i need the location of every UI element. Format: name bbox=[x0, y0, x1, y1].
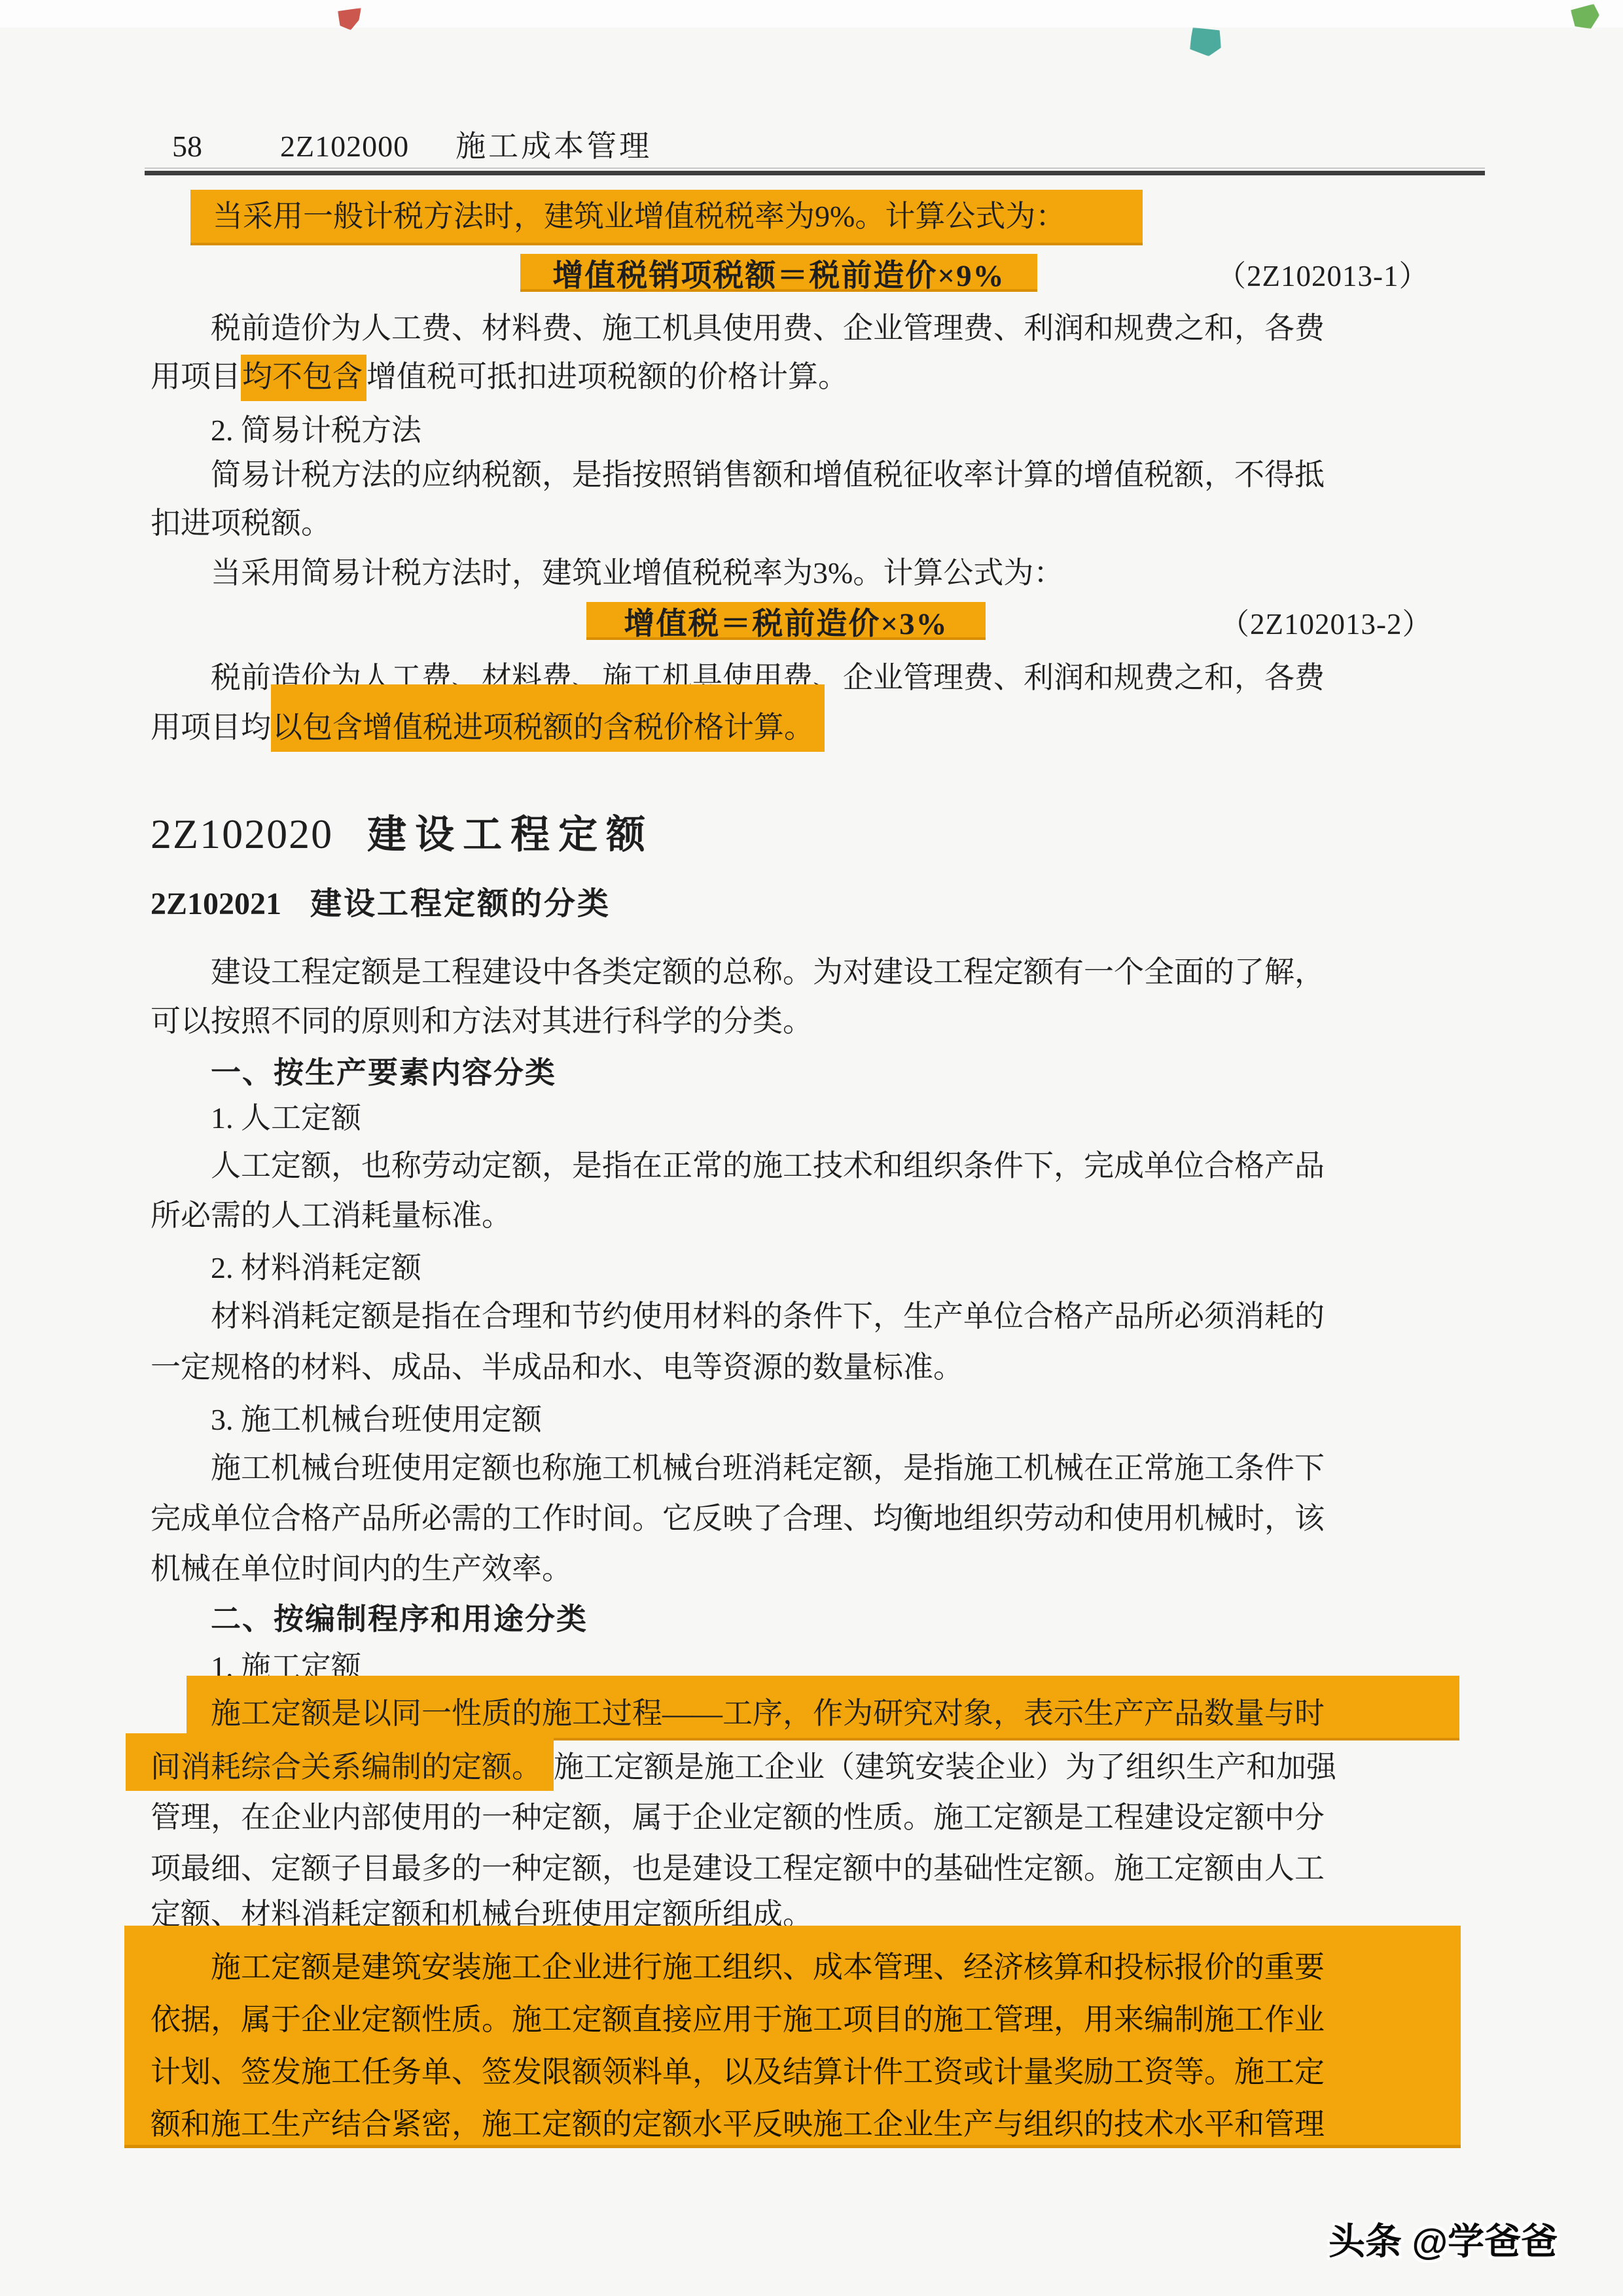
importance-block-line4: 额和施工生产结合紧密，施工定额的定额水平反映施工企业生产与组织的技术水平和管理 bbox=[151, 2108, 1325, 2142]
construction-quota-line2: 间消耗综合关系编制的定额。施工定额是施工企业（建筑安装企业）为了组织生产和加强 bbox=[151, 1750, 1336, 1785]
machine-line1: 施工机械台班使用定额也称施工机械台班消耗定额，是指施工机械在正常施工条件下 bbox=[211, 1451, 1325, 1486]
subsection-heading: 2Z102021建设工程定额的分类 bbox=[151, 886, 611, 922]
section-code: 2Z102020 bbox=[151, 811, 333, 857]
highlight-jun-bu-bao-han: 均不包含 bbox=[241, 355, 366, 401]
section-title: 建设工程定额 bbox=[367, 813, 654, 857]
formula-vat-simple-text: 增值税＝税前造价×3% bbox=[624, 607, 948, 641]
toutiao-watermark: 头条 @学爸爸 bbox=[1329, 2213, 1558, 2265]
highlight-tax-inclusive-price: 以包含增值税进项税额的含税价格计算。 bbox=[271, 684, 825, 752]
highlight-general-tax-line: 当采用一般计税方法时，建筑业增值税税率为9%。计算公式为： bbox=[190, 190, 1143, 245]
highlight-construction-quota-def-line2: 间消耗综合关系编制的定额。 bbox=[126, 1733, 554, 1791]
pretax-line2-post: 增值税可抵扣进项税额的价格计算。 bbox=[366, 360, 848, 393]
scanned-textbook-page: { "colors": { "highlight": "#f3a60c", "h… bbox=[0, 0, 1623, 2296]
formula-vat-output-text: 增值税销项税额＝税前造价×9% bbox=[552, 259, 1005, 293]
category2-heading: 二、按编制程序和用途分类 bbox=[211, 1602, 588, 1636]
item-material-quota: 2. 材料消耗定额 bbox=[211, 1251, 421, 1286]
course-code: 2Z102000 bbox=[280, 130, 409, 163]
running-head: 58 2Z102000 施工成本管理 bbox=[172, 130, 652, 164]
paragraph-pretax2-line2: 用项目均以包含增值税进项税额的含税价格计算。 bbox=[151, 711, 825, 745]
formula-vat-simple: 增值税＝税前造价×3% bbox=[586, 602, 986, 640]
importance-block-line2: 依据，属于企业定额性质。施工定额直接应用于施工项目的施工管理，用来编制施工作业 bbox=[151, 2003, 1325, 2038]
highlight-importance-block: 施工定额是建筑安装施工企业进行施工组织、成本管理、经济核算和投标报价的重要 依据… bbox=[124, 1926, 1461, 2148]
item-labor-quota: 1. 人工定额 bbox=[211, 1101, 361, 1136]
intro-line2: 可以按照不同的原则和方法对其进行科学的分类。 bbox=[151, 1004, 813, 1039]
header-rule-light bbox=[145, 168, 1485, 169]
importance-block-line3: 计划、签发施工任务单、签发限额领料单，以及结算计件工资或计量奖励工资等。施工定 bbox=[151, 2055, 1325, 2090]
category1-heading: 一、按生产要素内容分类 bbox=[211, 1055, 556, 1090]
formula-ref-1: （2Z102013-1） bbox=[1217, 260, 1429, 294]
line-simple-rate: 当采用简易计税方法时，建筑业增值税税率为3%。计算公式为： bbox=[211, 556, 1063, 591]
intro-line1: 建设工程定额是工程建设中各类定额的总称。为对建设工程定额有一个全面的了解， bbox=[211, 955, 1325, 990]
material-line2: 一定规格的材料、成品、半成品和水、电等资源的数量标准。 bbox=[151, 1351, 963, 1385]
importance-block-line1: 施工定额是建筑安装施工企业进行施工组织、成本管理、经济核算和投标报价的重要 bbox=[211, 1951, 1325, 1985]
page-number: 58 bbox=[172, 130, 202, 163]
header-rule bbox=[145, 171, 1485, 175]
scan-edge-band bbox=[0, 0, 1623, 27]
paragraph-simple-line1: 简易计税方法的应纳税额，是指按照销售额和增值税征收率计算的增值税额，不得抵 bbox=[211, 458, 1325, 493]
pretax-line2-pre: 用项目 bbox=[151, 360, 241, 393]
labor-line2: 所必需的人工消耗量标准。 bbox=[151, 1199, 512, 1233]
construction-quota-rest-line2: 施工定额是施工企业（建筑安装企业）为了组织生产和加强 bbox=[554, 1750, 1336, 1784]
pretax2-line2-pre: 用项目均 bbox=[151, 711, 271, 744]
paragraph-pretax-line2: 用项目均不包含增值税可抵扣进项税额的价格计算。 bbox=[151, 360, 848, 395]
construction-quota-line3: 管理，在企业内部使用的一种定额，属于企业定额的性质。施工定额是工程建设定额中分 bbox=[151, 1801, 1325, 1835]
construction-quota-def-line1-text: 施工定额是以同一性质的施工过程——工序，作为研究对象，表示生产产品数量与时 bbox=[211, 1697, 1325, 1730]
construction-quota-line4: 项最细、定额子目最多的一种定额，也是建设工程定额中的基础性定额。施工定额由人工 bbox=[151, 1852, 1325, 1886]
highlight-construction-quota-def-line1: 施工定额是以同一性质的施工过程——工序，作为研究对象，表示生产产品数量与时 bbox=[187, 1676, 1459, 1740]
formula-vat-output: 增值税销项税额＝税前造价×9% bbox=[520, 254, 1037, 292]
formula-ref-2: （2Z102013-2） bbox=[1220, 608, 1432, 642]
general-tax-line-text: 当采用一般计税方法时，建筑业增值税税率为9%。计算公式为： bbox=[213, 200, 1065, 233]
labor-line1: 人工定额，也称劳动定额，是指在正常的施工技术和组织条件下，完成单位合格产品 bbox=[211, 1149, 1325, 1184]
paragraph-simple-line2: 扣进项税额。 bbox=[151, 506, 331, 541]
subsection-title: 建设工程定额的分类 bbox=[310, 887, 611, 921]
machine-line3: 机械在单位时间内的生产效率。 bbox=[151, 1552, 572, 1587]
item-simple-tax: 2. 简易计税方法 bbox=[211, 414, 421, 448]
subsection-code: 2Z102021 bbox=[151, 887, 281, 921]
material-line1: 材料消耗定额是指在合理和节约使用材料的条件下，生产单位合格产品所必须消耗的 bbox=[211, 1299, 1325, 1334]
section-heading: 2Z102020建设工程定额 bbox=[151, 810, 654, 858]
machine-line2: 完成单位合格产品所必需的工作时间。它反映了合理、均衡地组织劳动和使用机械时，该 bbox=[151, 1502, 1325, 1536]
course-title: 施工成本管理 bbox=[455, 130, 652, 163]
item-machine-quota: 3. 施工机械台班使用定额 bbox=[211, 1403, 542, 1438]
paragraph-pretax-line1: 税前造价为人工费、材料费、施工机具使用费、企业管理费、利润和规费之和，各费 bbox=[211, 311, 1325, 346]
artifact-mark-teal bbox=[1190, 27, 1221, 56]
